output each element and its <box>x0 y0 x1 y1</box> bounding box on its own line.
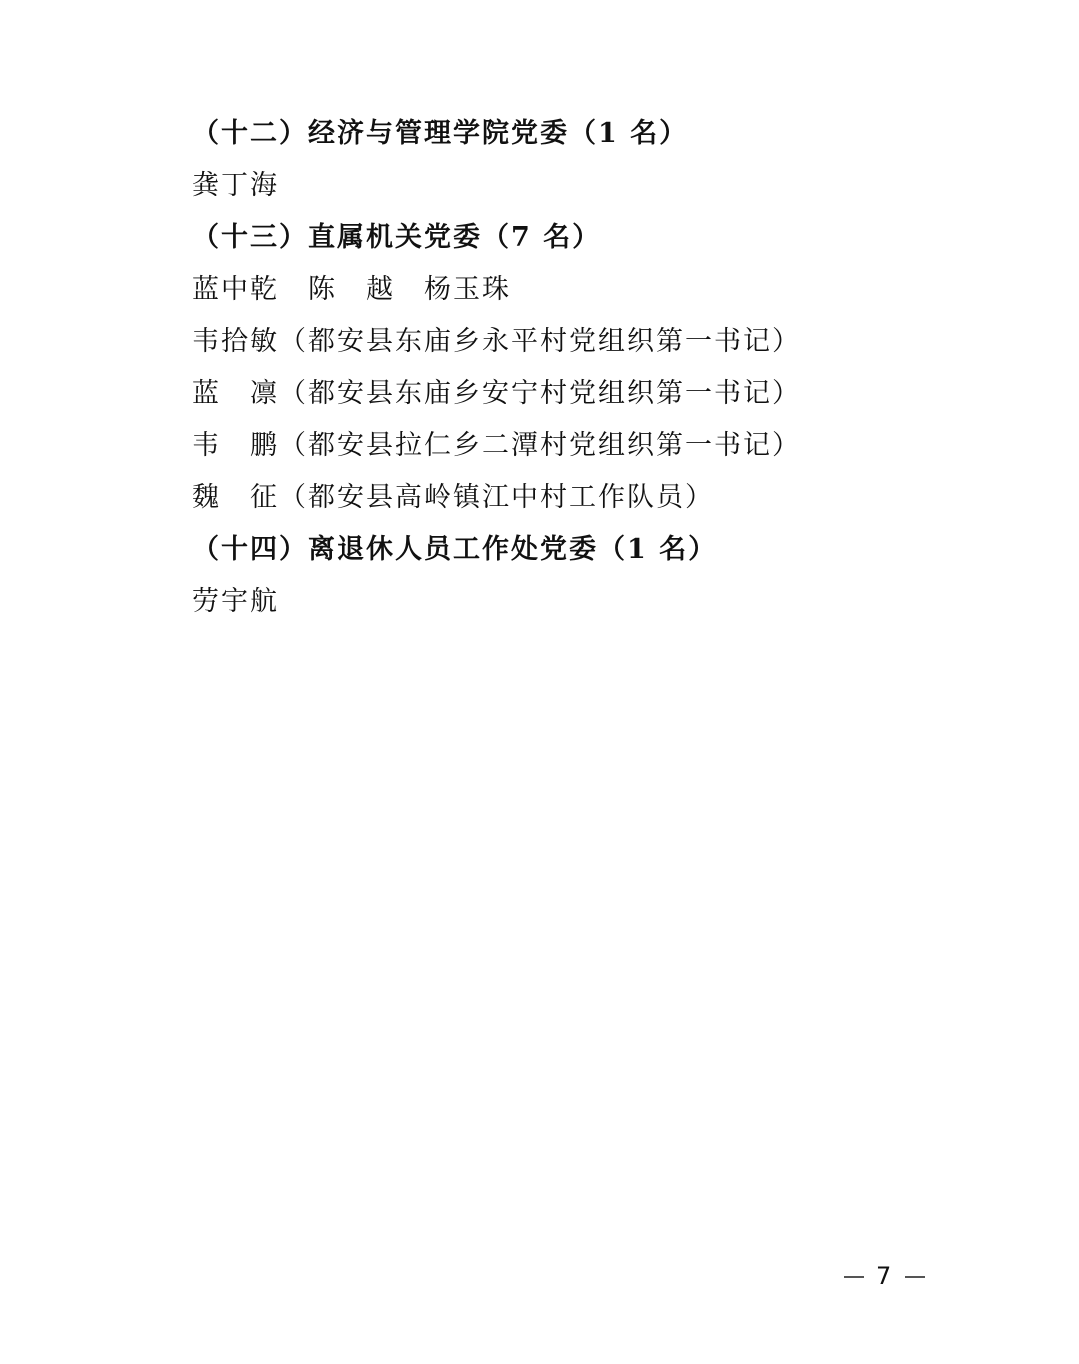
dash-left-icon <box>844 1276 864 1278</box>
member-line: 龚丁海 <box>192 164 992 216</box>
page-number: 7 <box>876 1262 893 1290</box>
member-line: 劳宇航 <box>192 580 992 632</box>
member-line: 韦 鹏（都安县拉仁乡二潭村党组织第一书记） <box>192 424 992 476</box>
member-line: 韦拾敏（都安县东庙乡永平村党组织第一书记） <box>192 320 992 372</box>
page-footer: 7 <box>832 1262 937 1290</box>
member-line: 蓝 凛（都安县东庙乡安宁村党组织第一书记） <box>192 372 992 424</box>
dash-right-icon <box>905 1276 925 1278</box>
section-heading-14: （十四）离退休人员工作处党委（1 名） <box>192 528 992 580</box>
member-line: 魏 征（都安县高岭镇江中村工作队员） <box>192 476 992 528</box>
section-heading-13: （十三）直属机关党委（7 名） <box>192 216 992 268</box>
document-body: （十二）经济与管理学院党委（1 名） 龚丁海 （十三）直属机关党委（7 名） 蓝… <box>192 112 992 632</box>
section-heading-12: （十二）经济与管理学院党委（1 名） <box>192 112 992 164</box>
member-line: 蓝中乾 陈 越 杨玉珠 <box>192 268 992 320</box>
